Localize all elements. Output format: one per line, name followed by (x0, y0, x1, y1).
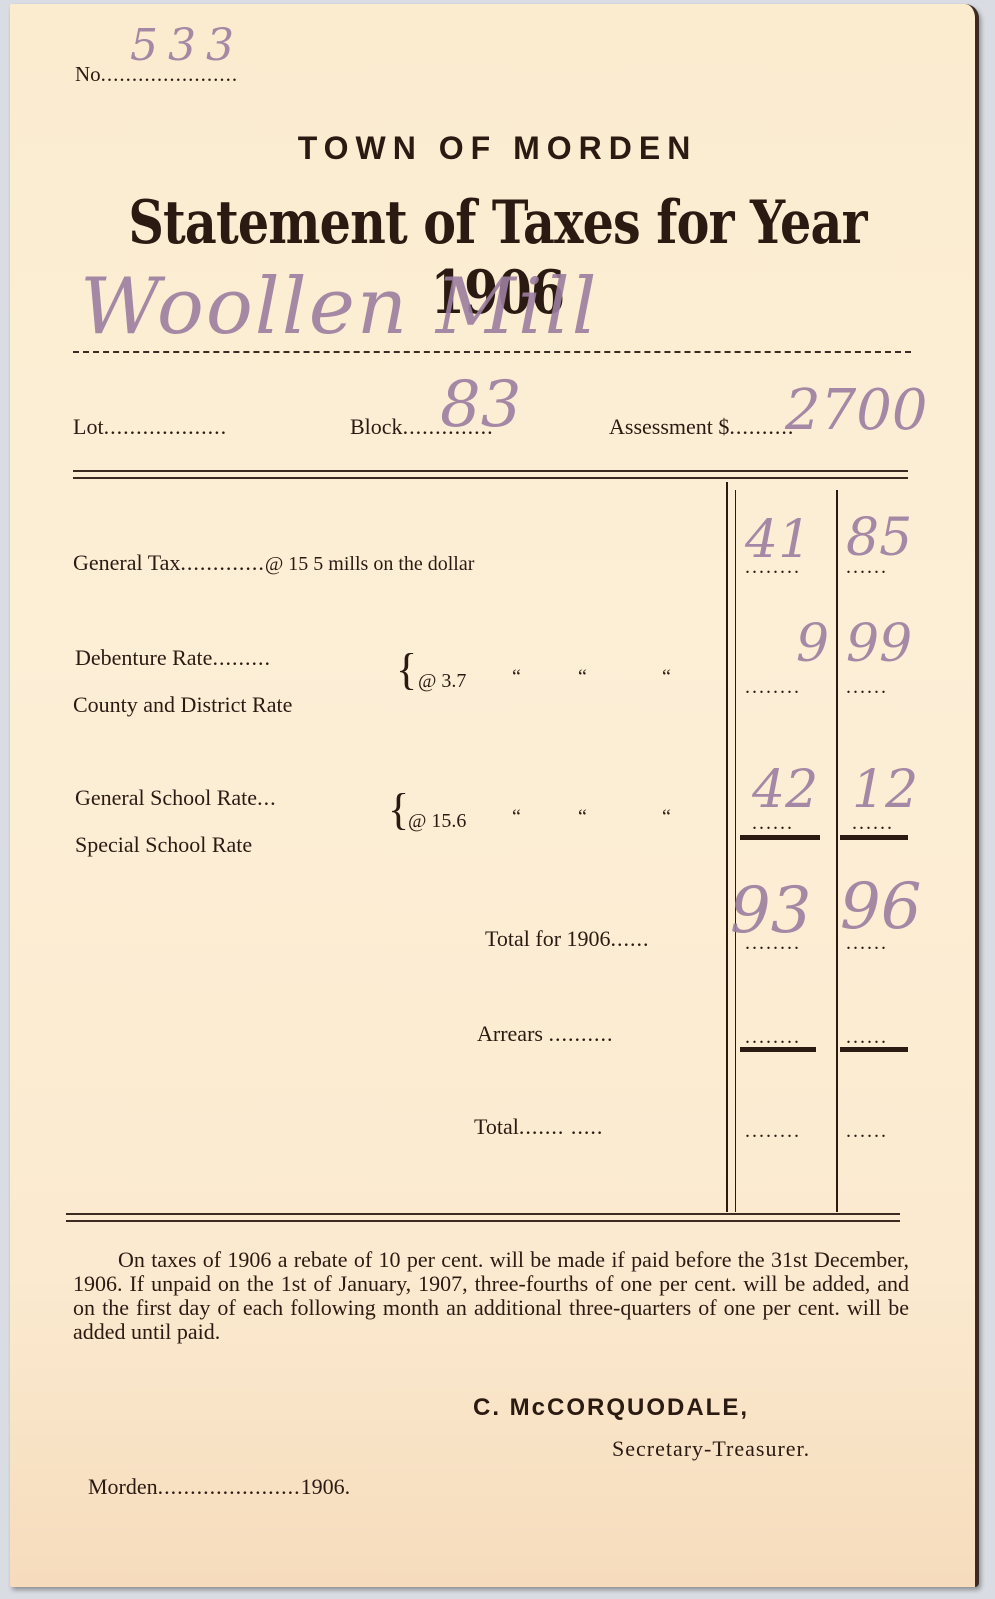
statement-number-handwritten: 533 (130, 20, 244, 71)
total-1906-cents: 96 (840, 870, 921, 944)
signatory-title: Secretary-Treasurer. (612, 1436, 810, 1462)
grand-total-dollars-dots: ........ (745, 1120, 801, 1143)
arrears-rule-cents (840, 1047, 908, 1052)
grand-total-dots: ....... ..... (519, 1114, 604, 1139)
subtotal-rule-cents (840, 835, 908, 840)
assessment-label: Assessment $ (609, 414, 729, 439)
debenture-rate-dots: ......... (212, 645, 271, 670)
signatory-name: C. McCORQUODALE, (473, 1394, 749, 1422)
assessment-value-handwritten: 2700 (785, 378, 928, 443)
grand-total-row: Total....... ..... (474, 1114, 603, 1140)
ditto-mark: “ (578, 806, 587, 829)
top-rule-1 (73, 470, 908, 472)
lot-label: Lot (73, 414, 104, 439)
column-divider-outer (726, 482, 728, 1212)
assessment-field: Assessment $.......... (609, 414, 794, 440)
brace-school: { (388, 788, 409, 832)
ditto-mark: “ (662, 806, 671, 829)
special-school-rate-label: Special School Rate (75, 832, 252, 858)
debenture-cents-dots: ...... (846, 676, 888, 699)
top-rule-2 (73, 477, 908, 479)
general-school-rate-row: General School Rate... (75, 785, 277, 811)
taxpayer-name-line (73, 351, 911, 353)
statement-number-label: No (75, 62, 101, 86)
town-heading: TOWN OF MORDEN (0, 130, 995, 167)
general-tax-cents: 85 (846, 508, 912, 568)
arrears-row: Arrears .......... (477, 1021, 613, 1047)
column-divider-cents (836, 490, 838, 1212)
ditto-mark: “ (662, 666, 671, 689)
arrears-rule-dollars (740, 1047, 816, 1052)
rebate-notice: On taxes of 1906 a rebate of 10 per cent… (73, 1248, 909, 1344)
block-value-handwritten: 83 (440, 368, 521, 442)
debenture-rate-label: Debenture Rate (75, 645, 212, 670)
bottom-rule-1 (66, 1213, 900, 1215)
general-school-rate-label: General School Rate (75, 785, 257, 810)
total-1906-row: Total for 1906...... (485, 926, 650, 952)
brace-debenture: { (396, 648, 417, 692)
taxpayer-name-handwritten: Woollen Mill (80, 262, 599, 352)
subtotal-rule-dollars (740, 835, 820, 840)
place-date-line: Morden......................1906. (88, 1474, 350, 1500)
arrears-cents-dots: ...... (846, 1026, 888, 1049)
debenture-dollars-dots: ........ (745, 676, 801, 699)
school-rate-value: @ 15.6 (408, 810, 466, 833)
arrears-label: Arrears (477, 1021, 543, 1046)
grand-total-cents-dots: ...... (846, 1120, 888, 1143)
general-school-rate-dots: ... (257, 785, 277, 810)
bottom-rule-2 (66, 1220, 900, 1222)
general-tax-dots: ............. (180, 550, 265, 575)
ditto-mark: “ (512, 666, 521, 689)
lot-dots: ................... (104, 414, 228, 439)
general-tax-label: General Tax (73, 550, 180, 575)
school-dollars: 42 (752, 760, 818, 820)
county-district-rate-label: County and District Rate (73, 692, 292, 718)
ditto-mark: “ (512, 806, 521, 829)
date-year: 1906. (301, 1474, 351, 1499)
place-date-dots: ...................... (158, 1474, 301, 1499)
arrears-dollars-dots: ........ (745, 1026, 801, 1049)
ditto-mark: “ (578, 666, 587, 689)
total-1906-label: Total for 1906 (485, 926, 611, 951)
block-label: Block (350, 414, 403, 439)
column-divider-inner (735, 490, 736, 1212)
rebate-notice-text: On taxes of 1906 a rebate of 10 per cent… (73, 1248, 909, 1344)
place-label: Morden (88, 1474, 158, 1499)
general-tax-dollars: 41 (745, 510, 811, 570)
debenture-rate-value: @ 3.7 (418, 670, 466, 693)
grand-total-label: Total (474, 1114, 519, 1139)
total-1906-dollars: 93 (730, 874, 811, 948)
lot-field: Lot................... (73, 414, 227, 440)
debenture-rate-row: Debenture Rate......... (75, 645, 271, 671)
total-1906-dots: ...... (611, 926, 650, 951)
school-cents: 12 (852, 760, 918, 820)
debenture-dollars: 9 (796, 614, 829, 674)
general-tax-rate: @ 15 5 mills on the dollar (265, 553, 475, 575)
arrears-dots: .......... (548, 1021, 613, 1046)
debenture-cents: 99 (846, 614, 912, 674)
general-tax-row: General Tax.............@ 15 5 mills on … (73, 550, 474, 576)
